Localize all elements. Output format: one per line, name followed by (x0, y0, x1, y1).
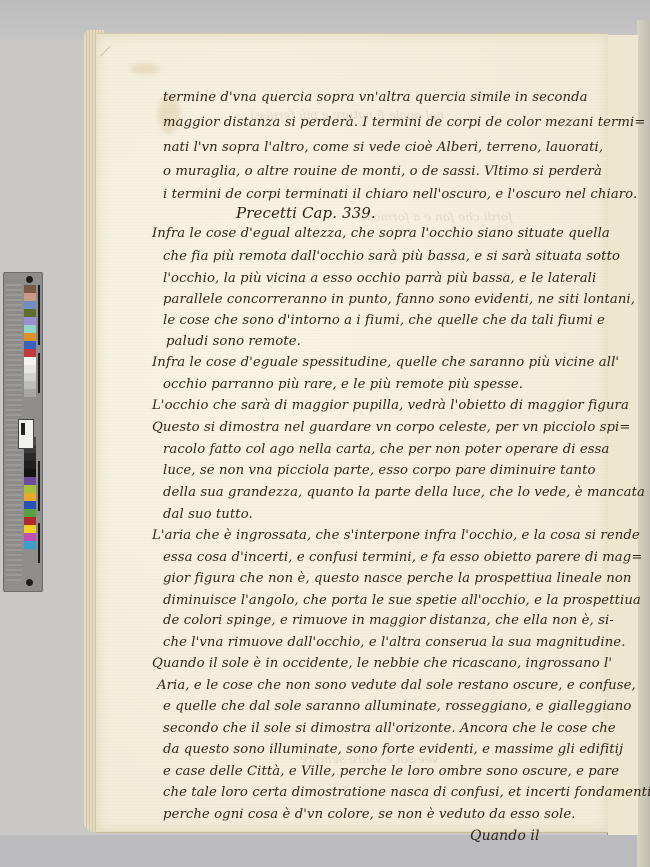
text-line: che fia più remota dall'occhio sarà più … (163, 249, 620, 264)
text-line: paludi sono remote. (166, 334, 301, 349)
text-line: e case delle Città, e Ville, perche le l… (163, 764, 619, 779)
text-line: maggior distanza si perderà. I termini d… (163, 115, 645, 130)
text-line: gior figura che non è, questo nasce perc… (163, 571, 632, 586)
text-line: da questo sono illuminate, sono forte ev… (163, 742, 623, 757)
text-line: Questo si dimostra nel guardare vn corpo… (152, 420, 631, 435)
chapter-heading: Precetti Cap. 339. (236, 204, 376, 222)
text-line: i termini de corpi terminati il chiaro n… (163, 187, 637, 202)
text-line: essa cosa d'incerti, e confusi termini, … (163, 550, 642, 565)
text-line: luce, se non vna picciola parte, esso co… (163, 463, 596, 478)
catchword: Quando il (470, 828, 540, 844)
text-line: diminuisce l'angolo, che porta le sue sp… (163, 593, 641, 608)
text-line: Infra le cose d'eguale spessitudine, que… (152, 355, 619, 370)
text-line: L'aria che è ingrossata, che s'interpone… (152, 528, 640, 543)
text-line: Aria, e le cose che non sono vedute dal … (157, 678, 636, 693)
text-line: termine d'vna quercia sopra vn'altra que… (163, 90, 588, 105)
show-through-text: fordi che fan e a formose (360, 210, 512, 224)
text-line: che tale loro certa dimostratione nasca … (163, 785, 650, 800)
text-line: occhio parranno più rare, e le più remot… (163, 377, 523, 392)
text-line: e quelle che dal sole saranno alluminate… (163, 699, 631, 714)
text-line: perche ogni cosa è d'vn colore, se non è… (163, 807, 576, 822)
text-line: nati l'vn sopra l'altro, come si vede ci… (163, 140, 603, 155)
text-line: secondo che il sole si dimostra all'oriz… (163, 721, 616, 736)
text-line: Infra le cose d'egual altezza, che sopra… (152, 226, 610, 241)
text-line: l'occhio, la più vicina a esso occhio pa… (163, 271, 596, 286)
text-line: le cose che sono d'intorno a i fiumi, ch… (163, 313, 605, 328)
text-line: che l'vna rimuove dall'occhio, e l'altra… (163, 635, 626, 650)
manuscript-text: nel ouale fi nature e più feruissi fordi… (0, 0, 650, 867)
text-line: o muraglia, o altre rouine de monti, o d… (163, 164, 602, 179)
text-line: della sua grandezza, quanto la parte del… (163, 485, 645, 500)
text-line: dal suo tutto. (163, 507, 253, 522)
text-line: racolo fatto col ago nella carta, che pe… (163, 442, 610, 457)
text-line: L'occhio che sarà di maggior pupilla, ve… (152, 398, 629, 413)
text-line: de colori spinge, e rimuove in maggior d… (163, 613, 614, 628)
text-line: parallele concorreranno in punto, fanno … (163, 292, 635, 307)
text-line: Quando il sole è in occidente, le nebbie… (152, 656, 612, 671)
